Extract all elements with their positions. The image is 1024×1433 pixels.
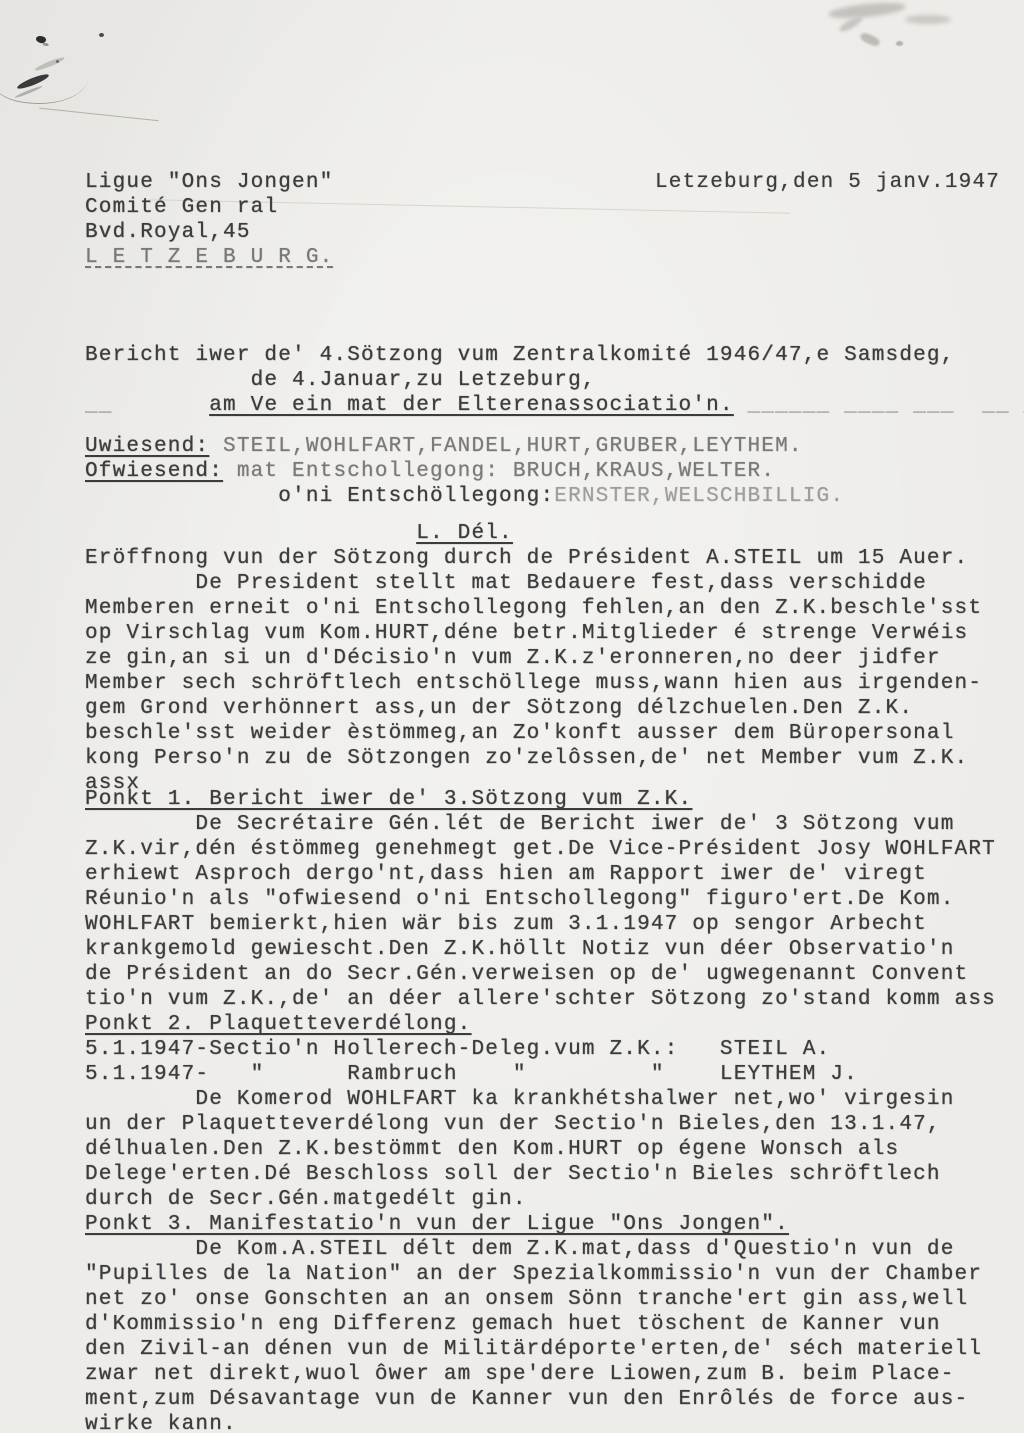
subject-line-1: Bericht iwer de' 4.Sötzong vum Zentralko… — [85, 343, 1024, 368]
scanned-document-page: Letzeburg,den 5 janv.1947 Ligue "Ons Jon… — [0, 0, 1024, 1433]
attendance-unexcused: o'ni Entschöllegong:ERNSTER,WELSCHBILLIG… — [85, 484, 1024, 509]
letterhead-city: L E T Z E B U R G. — [85, 245, 1024, 270]
section-heading: L. Dél. — [85, 521, 1024, 546]
pencil-smudge — [828, 0, 907, 21]
body-line: wirke kann. — [85, 1412, 1024, 1433]
letterhead-address: Bvd.Royal,45 — [85, 220, 1024, 245]
body-line: ment,zum Désavantage vun de Kanner vun d… — [85, 1387, 1024, 1412]
body-line: Réunio'n als "ofwiesend o'ni Entscholleg… — [85, 887, 1024, 912]
body-line: Z.K.vir,dén éstömmeg genehmegt get.De Vi… — [85, 837, 1024, 862]
body-line: kong Perso'n zu de Sötzongen zo'zelôssen… — [85, 746, 1024, 771]
pencil-smudge — [905, 15, 951, 24]
ponkt-3-heading: Ponkt 3. Manifestatio'n vun der Ligue "O… — [85, 1212, 1024, 1237]
letterhead-committee: Comité Gen ral — [85, 195, 1024, 220]
pencil-smudge — [838, 14, 865, 34]
body-line: de Président an do Secr.Gén.verweisen op… — [85, 962, 1024, 987]
body-line: krankgemold gewiescht.Den Z.K.höllt Noti… — [85, 937, 1024, 962]
ink-speck — [99, 33, 104, 37]
body-line: "Pupilles de la Nation" an der Spezialko… — [85, 1262, 1024, 1287]
ponkt-2-heading: Ponkt 2. Plaquetteverdélong. — [85, 1012, 1024, 1037]
ink-stain — [35, 35, 47, 45]
subject-line-2: de 4.Januar,zu Letzeburg, — [85, 368, 1024, 393]
delegation-line-1: 5.1.1947-Sectio'n Hollerech-Deleg.vum Z.… — [85, 1037, 1024, 1062]
body-line: den Zivil-an dénen vun de Militärdéporte… — [85, 1337, 1024, 1362]
ink-stain — [16, 72, 50, 91]
document-lines: Ligue "Ons Jongen"Comité Gen ralBvd.Roya… — [85, 170, 1024, 1433]
ink-speck — [56, 60, 59, 63]
body-line: un der Plaquetteverdélong vun der Sectio… — [85, 1112, 1024, 1137]
scratch-mark — [0, 46, 91, 112]
body-line: durch de Secr.Gén.matgedélt gin. — [85, 1187, 1024, 1212]
attendance-present: Uwiesend: STEIL,WOHLFART,FANDEL,HURT,GRU… — [85, 434, 1024, 459]
body-line: gem Grond verhönnert ass,un der Sötzong … — [85, 696, 1024, 721]
body-line: De Kom.A.STEIL délt dem Z.K.mat,dass d'Q… — [85, 1237, 1024, 1262]
subject-line-3: __ am Ve ein mat der Elterenassociatio'n… — [85, 393, 1024, 418]
body-line: délhualen.Den Z.K.bestömmt den Kom.HURT … — [85, 1137, 1024, 1162]
body-line: WOHLFART bemierkt,hien wär bis zum 3.1.1… — [85, 912, 1024, 937]
body-line: De Secrétaire Gén.lét de Bericht iwer de… — [85, 812, 1024, 837]
body-line: zwar net direkt,wuol ôwer am spe'dere Li… — [85, 1362, 1024, 1387]
body-line: erhiewt Asproch dergo'nt,dass hien am Ra… — [85, 862, 1024, 887]
letterhead-org: Ligue "Ons Jongen" — [85, 170, 1024, 195]
pencil-smudge — [859, 31, 881, 48]
body-line: De Komerod WOHLFART ka krankhétshalwer n… — [85, 1087, 1024, 1112]
body-line: beschle'sst weider èstömmeg,an Zo'konft … — [85, 721, 1024, 746]
body-line: Memberen erneit o'ni Entschollegong fehl… — [85, 596, 1024, 621]
body-line: Eröffnong vun der Sötzong durch de Prési… — [85, 546, 1024, 571]
attendance-excused: Ofwiesend: mat Entschollegong: BRUCH,KRA… — [85, 459, 1024, 484]
body-line: net zo' onse Gonschten an an onsem Sönn … — [85, 1287, 1024, 1312]
body-line: d'Kommissio'n eng Differenz gemach huet … — [85, 1312, 1024, 1337]
ponkt-1-heading: Ponkt 1. Bericht iwer de' 3.Sötzong vum … — [85, 787, 1024, 812]
scratch-mark — [39, 90, 160, 121]
body-line: tio'n vum Z.K.,de' an déer allere'schter… — [85, 987, 1024, 1012]
body-line: De President stellt mat Bedauere fest,da… — [85, 571, 1024, 596]
body-line: Member sech schröftlech entschöllege mus… — [85, 671, 1024, 696]
body-line: ze gin,an si un d'Décisio'n vum Z.K.z'er… — [85, 646, 1024, 671]
delegation-line-2: 5.1.1947- " Rambruch " " LEYTHEM J. — [85, 1062, 1024, 1087]
body-line: Delege'erten.Dé Beschloss soll der Secti… — [85, 1162, 1024, 1187]
pencil-speck — [896, 41, 903, 46]
body-line: op Virschlag vum Kom.HURT,déne betr.Mitg… — [85, 621, 1024, 646]
